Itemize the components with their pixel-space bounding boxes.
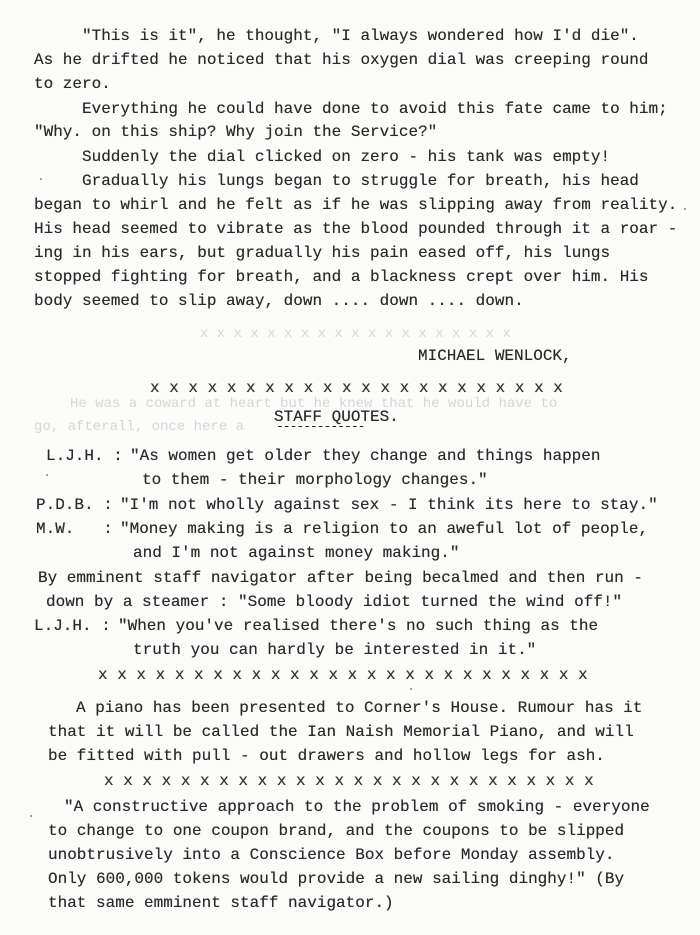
- story-line: to zero.: [34, 74, 111, 94]
- story-line: Everything he could have done to avoid t…: [82, 99, 668, 119]
- story-line: "This is it", he thought, "I always wond…: [82, 26, 639, 46]
- quote-speaker: P.D.B. :: [36, 495, 113, 515]
- story-line: Gradually his lungs began to struggle fo…: [82, 171, 639, 191]
- quote-speaker: L.J.H. :: [46, 446, 123, 466]
- heading-underline: -------------: [276, 422, 364, 432]
- story-line: began to whirl and he felt as if he was …: [34, 195, 677, 215]
- paper-speck: [30, 815, 32, 817]
- quote-speaker: M.W. :: [36, 519, 113, 539]
- smoking-note-line: unobtrusively into a Conscience Box befo…: [48, 845, 615, 865]
- smoking-note-line: "A constructive approach to the problem …: [64, 797, 650, 817]
- quote-speaker: L.J.H. :: [34, 616, 111, 636]
- quote-line: to them - their morphology changes.": [142, 470, 488, 490]
- paper-speck: [40, 178, 42, 180]
- story-author: MICHAEL WENLOCK,: [418, 346, 572, 366]
- piano-note-line: be fitted with pull - out drawers and ho…: [48, 746, 605, 766]
- quote-line: "When you've realised there's no such th…: [118, 616, 598, 636]
- quote-line: down by a steamer : "Some bloody idiot t…: [46, 592, 622, 612]
- story-line: As he drifted he noticed that his oxygen…: [34, 50, 649, 70]
- quote-line: By emminent staff navigator after being …: [38, 568, 643, 588]
- bleed-through-text: go, afterall, once here a: [34, 418, 244, 436]
- smoking-note-line: that same emminent staff navigator.): [48, 893, 394, 913]
- separator-line: x x x x x x x x x x x x x x x x x x x x …: [104, 771, 594, 791]
- quote-line: "As women get older they change and thin…: [130, 446, 600, 466]
- smoking-note-line: to change to one coupon brand, and the c…: [48, 821, 624, 841]
- paper-speck: [684, 208, 686, 210]
- quote-line: "Money making is a religion to an aweful…: [120, 519, 648, 539]
- piano-note-line: that it will be called the Ian Naish Mem…: [48, 722, 634, 742]
- smoking-note-line: Only 600,000 tokens would provide a new …: [48, 869, 624, 889]
- paper-speck: [410, 688, 412, 690]
- story-line: body seemed to slip away, down .... down…: [34, 291, 524, 311]
- quote-line: "I'm not wholly against sex - I think it…: [120, 495, 658, 515]
- story-line: Suddenly the dial clicked on zero - his …: [82, 147, 610, 167]
- separator-line: x x x x x x x x x x x x x x x x x x x x …: [150, 378, 563, 398]
- story-line: ing in his ears, but gradually his pain …: [34, 243, 610, 263]
- separator-line: x x x x x x x x x x x x x x x x x x x x …: [98, 665, 588, 685]
- typewritten-page: He was a coward at heart but he knew tha…: [0, 0, 700, 935]
- story-line: stopped fighting for breath, and a black…: [34, 267, 649, 287]
- quote-line: truth you can hardly be interested in it…: [133, 640, 536, 660]
- piano-note-line: A piano has been presented to Corner's H…: [76, 698, 643, 718]
- quote-line: and I'm not against money making.": [133, 543, 459, 563]
- story-line: "Why. on this ship? Why join the Service…: [34, 122, 437, 142]
- bleed-through-text: x x x x x x x x x x x x x x x x x x x: [200, 325, 511, 343]
- story-line: His head seemed to vibrate as the blood …: [34, 219, 677, 239]
- paper-speck: [46, 474, 48, 476]
